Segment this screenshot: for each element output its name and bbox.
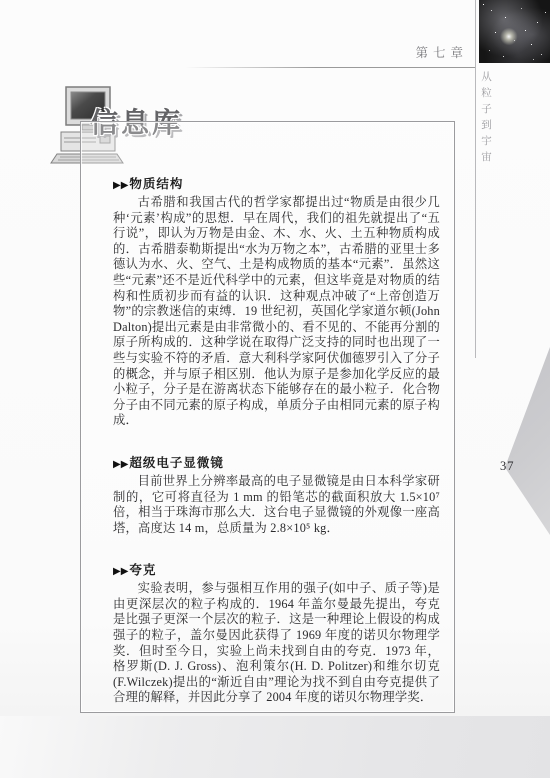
info-box: ▶▶物质结构 古希腊和我国古代的哲学家都提出过“物质是由很少几种‘元素’构成”的… (80, 121, 455, 713)
section-quark: ▶▶夸克 实验表明，参与强相互作用的强子(如中子、质子等)是由更深层次的粒子构成… (113, 560, 440, 706)
section-heading: ▶▶物质结构 (113, 174, 440, 192)
textbook-page: { "header": { "chapter_label": "第七章", "s… (0, 0, 550, 778)
section-body-text: 古希腊和我国古代的哲学家都提出过“物质是由很少几种‘元素’构成”的思想．早在周代… (113, 195, 440, 429)
galaxy-image (479, 0, 550, 63)
stars-decoration (483, 4, 484, 5)
info-box-content: ▶▶物质结构 古希腊和我国古代的哲学家都提出过“物质是由很少几种‘元素’构成”的… (81, 122, 454, 706)
section-heading: ▶▶夸克 (113, 560, 440, 578)
arrow-marker-icon: ▶▶ (113, 180, 128, 191)
section-body-text: 目前世界上分辨率最高的电子显微镜是由日本科学家研制的，它可将直径为 1 mm 的… (113, 474, 440, 536)
chapter-label: 第七章 (368, 43, 468, 61)
arrow-marker-icon: ▶▶ (113, 459, 128, 470)
section-heading-text: 夸克 (129, 563, 156, 577)
page-number-tab (504, 347, 550, 535)
section-heading: ▶▶超级电子显微镜 (113, 453, 440, 471)
section-electron-microscope: ▶▶超级电子显微镜 目前世界上分辨率最高的电子显微镜是由日本科学家研制的，它可将… (113, 453, 440, 536)
sidebar-divider (475, 0, 476, 358)
section-heading-text: 物质结构 (129, 177, 183, 191)
section-heading-text: 超级电子显微镜 (129, 456, 224, 470)
page-number: 37 (500, 459, 515, 474)
section-matter-structure: ▶▶物质结构 古希腊和我国古代的哲学家都提出过“物质是由很少几种‘元素’构成”的… (113, 174, 440, 429)
section-body-text: 实验表明，参与强相互作用的强子(如中子、质子等)是由更深层次的粒子构成的．196… (113, 581, 440, 706)
header-rule (185, 67, 475, 68)
sidebar-unit-title: 从粒子到宇宙 (478, 71, 493, 167)
arrow-marker-icon: ▶▶ (113, 566, 128, 577)
page-bottom-edge (0, 716, 550, 778)
